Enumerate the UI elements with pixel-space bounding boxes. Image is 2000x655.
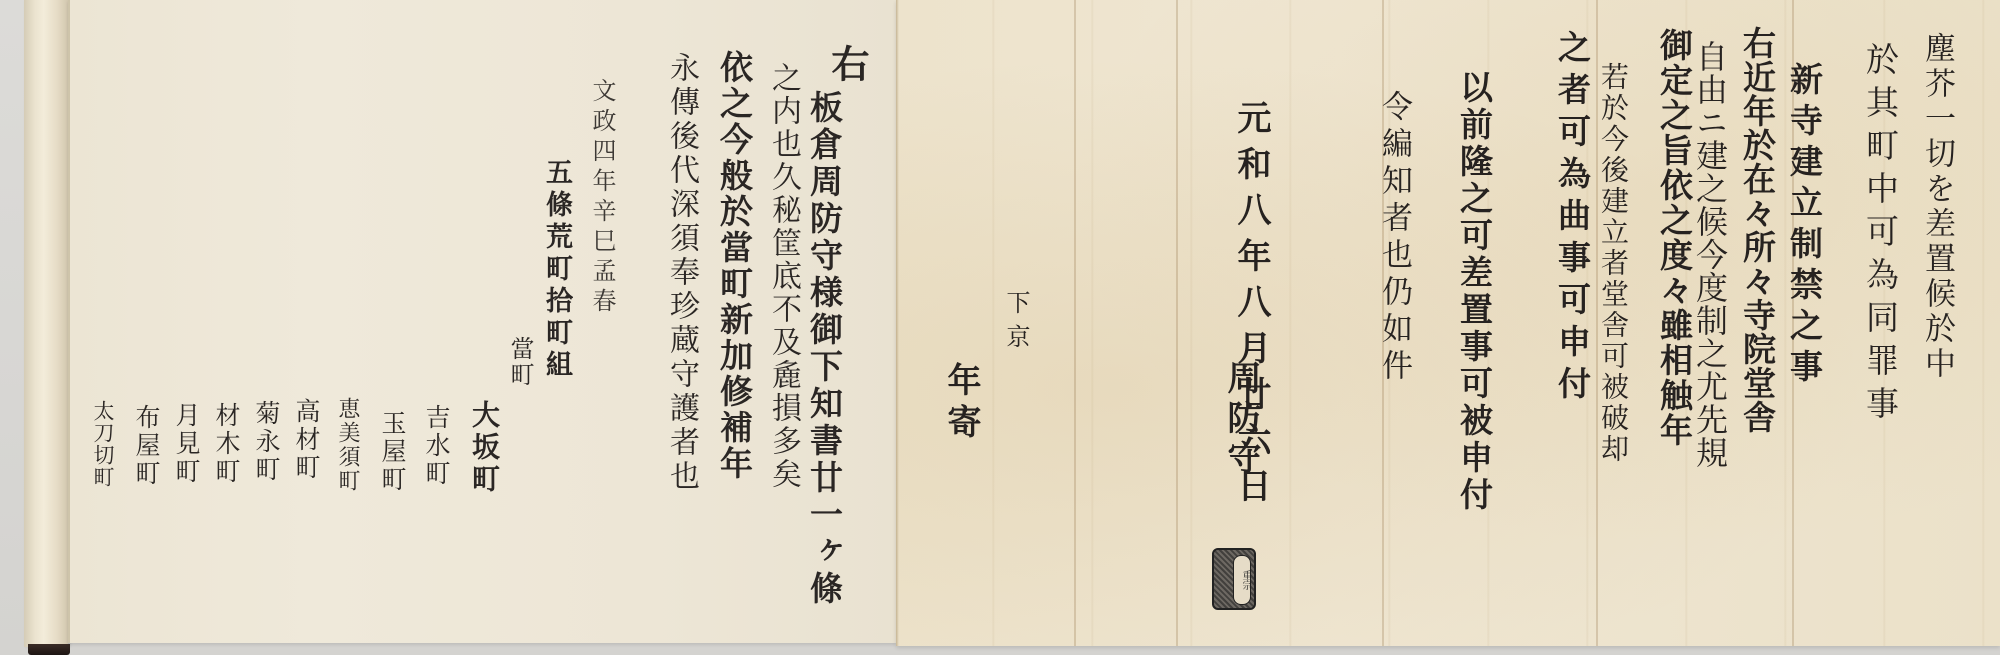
colophon-line-4: 永傳後代深須奉珍蔵守護者也 [666,52,696,494]
address-area: 下京 [1004,290,1028,358]
town-name: 恵美須町 [336,397,358,493]
paper-seam [1074,0,1076,646]
town-name: 月見町 [174,402,199,486]
colophon-paper: 右 板倉周防守様御下知書廿一ヶ條 之内也久秘筐底不及麁損多矣 依之今般於當町新加… [68,0,896,643]
colophon-line-2: 之内也久秘筐底不及麁損多矣 [768,62,798,491]
original-decree-paper: 塵芥一切を差置候於中 於其町中可為同罪事 新寺建立制禁之事 右近年於在々所々寺院… [896,0,2000,646]
town-name: 菊永町 [254,400,279,484]
decree-column-8: 之者可為曲事可申付 [1556,30,1589,408]
decree-signer: 周防守 [1224,360,1258,480]
seal-inscription: 重宗 [1233,555,1251,605]
colophon-date: 文政四年辛巳孟春 [590,78,614,318]
decree-column-3: 新寺建立制禁之事 [1788,62,1821,390]
decree-column-6: 御定之旨依之度々雖相触年 [1658,28,1691,448]
roller-end-cap [28,644,70,655]
colophon-opening: 右 [828,44,866,82]
town-group-name: 五條荒町拾町組 [543,158,570,382]
decree-column-9: 以前隆之可差置事可被申付 [1458,70,1491,514]
town-name: 材木町 [214,402,239,486]
seal-stamp: 重宗 [1212,548,1256,610]
decree-column-7: 若於今後建立者堂舎可被破却 [1599,62,1627,465]
paper-seam [1176,0,1178,646]
decree-column-5: 自由ニ建之候今度制之尤先規 [1694,40,1726,469]
town-name: 太刀切町 [92,400,113,488]
decree-column-2: 於其町中可為同罪事 [1864,42,1897,429]
town-name: 吉水町 [424,404,449,488]
decree-column-1: 塵芥一切を差置候於中 [1921,32,1952,382]
colophon-line-3: 依之今般於當町新加修補年 [718,50,751,482]
scroll-photograph: 右 板倉周防守様御下知書廿一ヶ條 之内也久秘筐底不及麁損多矣 依之今般於當町新加… [0,0,2000,655]
scroll-roller [24,0,68,647]
addressee: 年寄 [944,362,978,446]
town-name: 玉屋町 [380,410,405,494]
decree-column-4: 右近年於在々所々寺院堂舎 [1741,26,1774,434]
lead-town: 大坂町 [470,400,498,496]
town-name: 布屋町 [134,404,159,488]
town-name: 高材町 [294,398,319,482]
this-town-label: 當町 [508,336,532,388]
decree-column-10: 令編知者也仍如件 [1378,90,1409,386]
colophon-line-1: 板倉周防守様御下知書廿一ヶ條 [808,90,841,608]
